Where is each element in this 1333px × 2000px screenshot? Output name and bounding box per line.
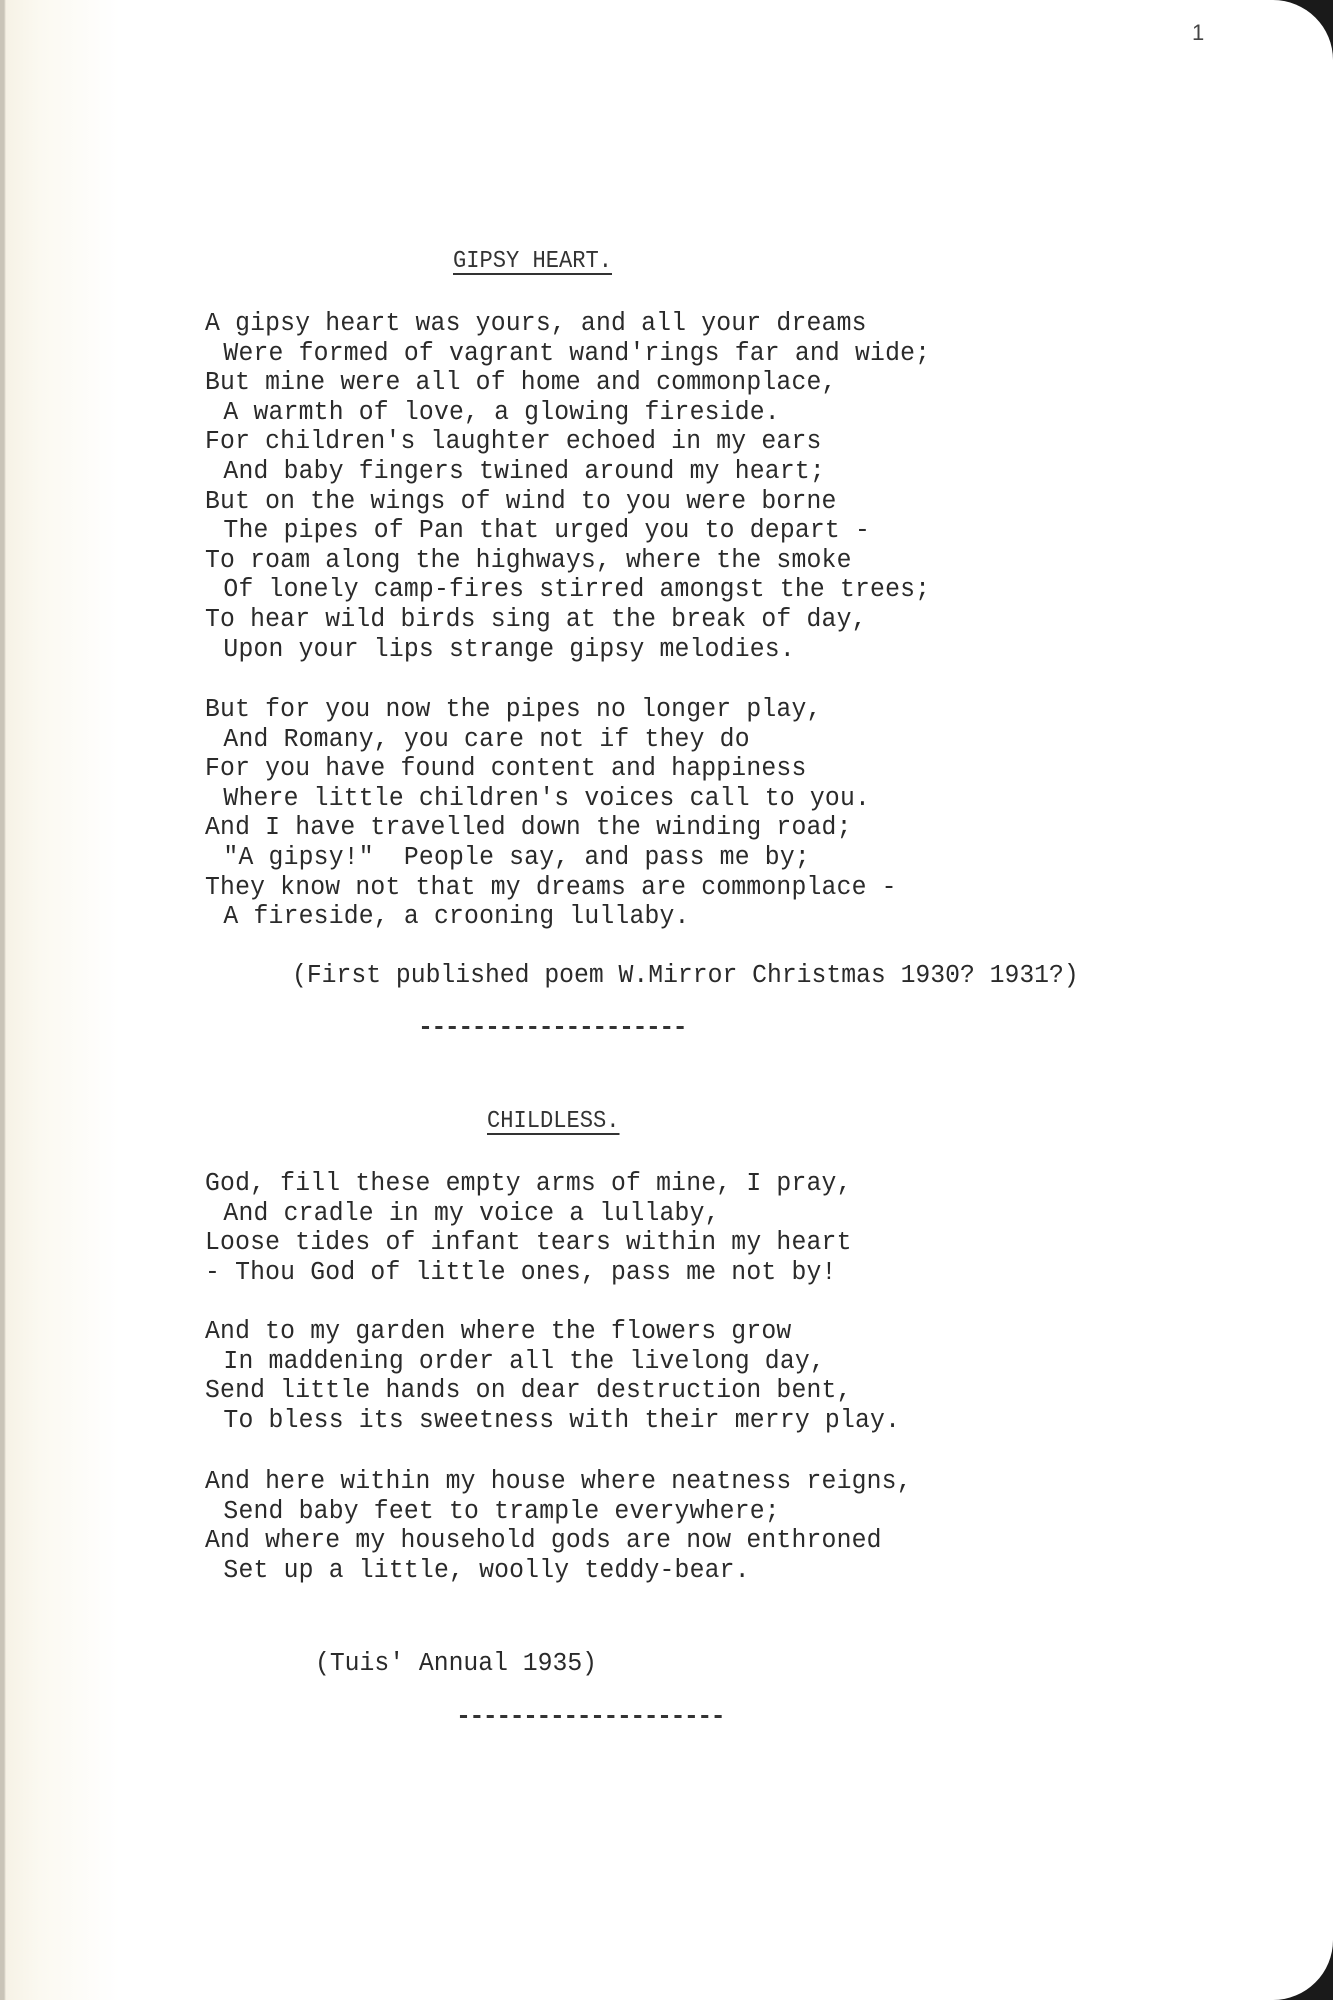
poem-line: Of lonely camp-fires stirred amongst the…	[205, 575, 930, 605]
publication-note: (First published poem W.Mirror Christmas…	[292, 961, 1079, 990]
poem-line: For children's laughter echoed in my ear…	[205, 427, 930, 457]
poem-line: Send baby feet to trample everywhere;	[205, 1497, 912, 1527]
poem-line: Upon your lips strange gipsy melodies.	[205, 635, 930, 665]
publication-note: (Tuis' Annual 1935)	[315, 1649, 597, 1678]
poem-line: A fireside, a crooning lullaby.	[205, 902, 897, 932]
poem-line: Were formed of vagrant wand'rings far an…	[205, 339, 930, 369]
poem-line: They know not that my dreams are commonp…	[205, 873, 897, 903]
poem-line: For you have found content and happiness	[205, 754, 897, 784]
stanza: And to my garden where the flowers growI…	[205, 1317, 922, 1435]
poem-line: God, fill these empty arms of mine, I pr…	[205, 1169, 852, 1199]
poem-line: - Thou God of little ones, pass me not b…	[205, 1258, 852, 1288]
document-page: 1 GIPSY HEART. A gipsy heart was yours, …	[0, 0, 1333, 2000]
poem-line: Send little hands on dear destruction be…	[205, 1376, 900, 1406]
poem-line: But mine were all of home and commonplac…	[205, 368, 930, 398]
poem-line: A gipsy heart was yours, and all your dr…	[205, 309, 930, 339]
poem-line: In maddening order all the livelong day,	[205, 1347, 900, 1377]
poem-line: The pipes of Pan that urged you to depar…	[205, 516, 930, 546]
stanza: But for you now the pipes no longer play…	[205, 695, 918, 932]
poem-line: To bless its sweetness with their merry …	[205, 1406, 900, 1436]
section-divider: --------------------	[418, 1013, 686, 1042]
poem-line: A warmth of love, a glowing fireside.	[205, 398, 930, 428]
stanza: A gipsy heart was yours, and all your dr…	[205, 309, 953, 664]
poem-line: Set up a little, woolly teddy-bear.	[205, 1556, 912, 1586]
poem-line: "A gipsy!" People say, and pass me by;	[205, 843, 897, 873]
page-number: 1	[1192, 20, 1204, 46]
poem-line: And here within my house where neatness …	[205, 1467, 912, 1497]
poem-line: And where my household gods are now enth…	[205, 1526, 912, 1556]
section-divider: --------------------	[456, 1702, 724, 1731]
poem-title: CHILDLESS.	[487, 1108, 620, 1135]
poem-line: And baby fingers twined around my heart;	[205, 457, 930, 487]
poem-line: Where little children's voices call to y…	[205, 784, 897, 814]
poem-title: GIPSY HEART.	[453, 248, 612, 275]
poem-line: Loose tides of infant tears within my he…	[205, 1228, 852, 1258]
poem-line: To hear wild birds sing at the break of …	[205, 605, 930, 635]
poem-line: And I have travelled down the winding ro…	[205, 813, 897, 843]
poem-line: And Romany, you care not if they do	[205, 725, 897, 755]
stanza: And here within my house where neatness …	[205, 1467, 934, 1585]
poem-line: To roam along the highways, where the sm…	[205, 546, 930, 576]
poem-line: But for you now the pipes no longer play…	[205, 695, 897, 725]
poem-line: And cradle in my voice a lullaby,	[205, 1199, 852, 1229]
stanza: God, fill these empty arms of mine, I pr…	[205, 1169, 872, 1287]
poem-line: But on the wings of wind to you were bor…	[205, 487, 930, 517]
poem-line: And to my garden where the flowers grow	[205, 1317, 900, 1347]
